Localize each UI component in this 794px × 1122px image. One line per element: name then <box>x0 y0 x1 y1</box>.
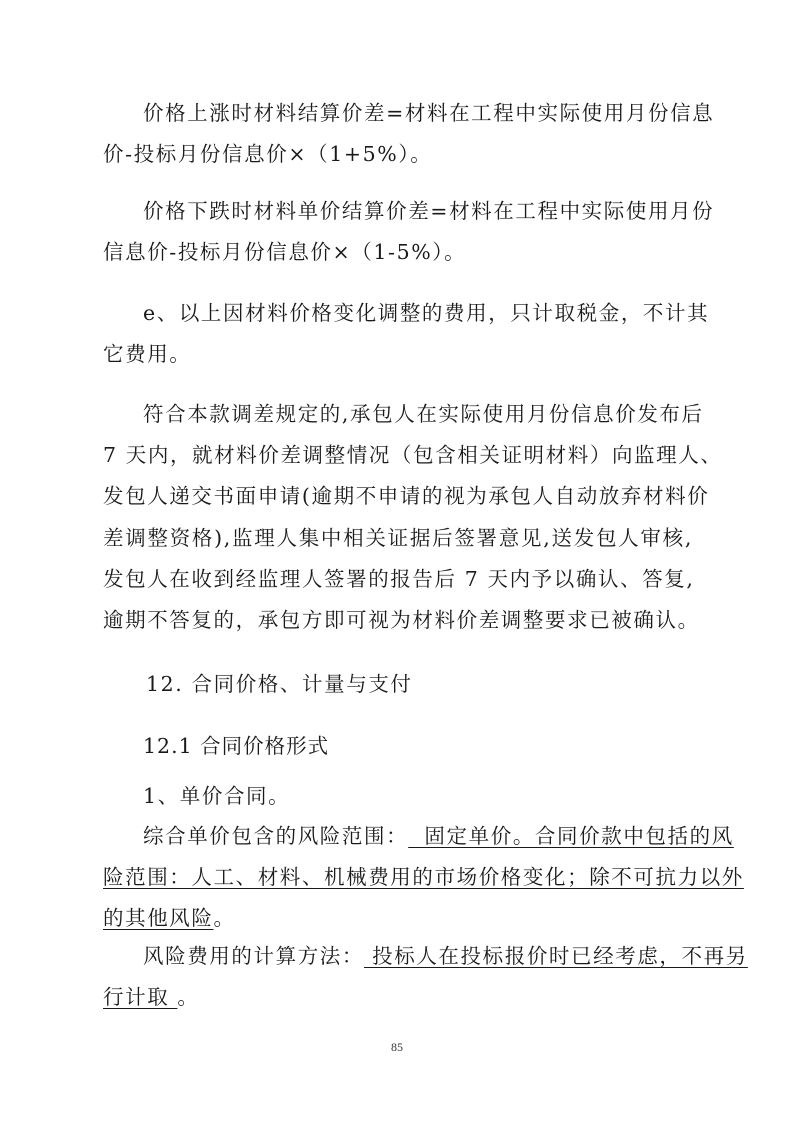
risk-fee-value: 投标人在投标报价时已经考虑，不再另 <box>364 944 748 968</box>
paragraph-price-rise-line-2: 价-投标月份信息价×（1+5%）。 <box>103 141 693 167</box>
risk-scope-line-1: 综合单价包含的风险范围： 固定单价。合同价款中包括的风 <box>143 823 693 849</box>
paragraph-price-rise-line-1: 价格上涨时材料结算价差=材料在工程中实际使用月份信息 <box>143 100 693 126</box>
page-number: 85 <box>0 1040 794 1055</box>
paragraph-price-fall-line-1: 价格下跌时材料单价结算价差=材料在工程中实际使用月份 <box>143 198 693 224</box>
paragraph-adjust-line-2: 7 天内，就材料价差调整情况（包含相关证明材料）向监理人、 <box>103 442 693 468</box>
risk-scope-line-2: 险范围：人工、材料、机械费用的市场价格变化；除不可抗力以外 <box>103 864 693 890</box>
section-heading: 12. 合同价格、计量与支付 <box>146 671 736 697</box>
risk-fee-label: 风险费用的计算方法： <box>143 944 364 968</box>
risk-fee-line-1: 风险费用的计算方法： 投标人在投标报价时已经考虑，不再另 <box>143 943 693 969</box>
risk-scope-period: 。 <box>214 906 236 930</box>
paragraph-adjust-line-4: 差调整资格),监理人集中相关证据后签署意见,送发包人审核, <box>103 525 693 551</box>
risk-scope-line-3: 的其他风险。 <box>103 905 693 931</box>
paragraph-item-e-line-2: 它费用。 <box>103 341 693 367</box>
paragraph-adjust-line-5: 发包人在收到经监理人签署的报告后 7 天内予以确认、答复, <box>103 566 693 592</box>
risk-scope-label: 综合单价包含的风险范围： <box>143 824 408 848</box>
paragraph-adjust-line-1: 符合本款调差规定的,承包人在实际使用月份信息价发布后 <box>143 401 693 427</box>
paragraph-price-fall-line-2: 信息价-投标月份信息价×（1-5%）。 <box>103 239 693 265</box>
risk-fee-period: 。 <box>177 985 199 1009</box>
risk-scope-value-end: 的其他风险 <box>103 906 214 930</box>
risk-fee-line-2: 行计取 。 <box>103 984 693 1010</box>
paragraph-adjust-line-6: 逾期不答复的，承包方即可视为材料价差调整要求已被确认。 <box>103 607 693 633</box>
subsection-heading: 12.1 合同价格形式 <box>143 733 733 759</box>
paragraph-adjust-line-3: 发包人递交书面申请(逾期不申请的视为承包人自动放弃材料价 <box>103 483 693 509</box>
risk-fee-value-end: 行计取 <box>103 985 177 1009</box>
paragraph-item-e-line-1: e、以上因材料价格变化调整的费用，只计取税金，不计其 <box>143 300 693 326</box>
risk-scope-value: 固定单价。合同价款中包括的风 <box>408 824 734 848</box>
item-unit-price-contract: 1、单价合同。 <box>143 783 733 809</box>
